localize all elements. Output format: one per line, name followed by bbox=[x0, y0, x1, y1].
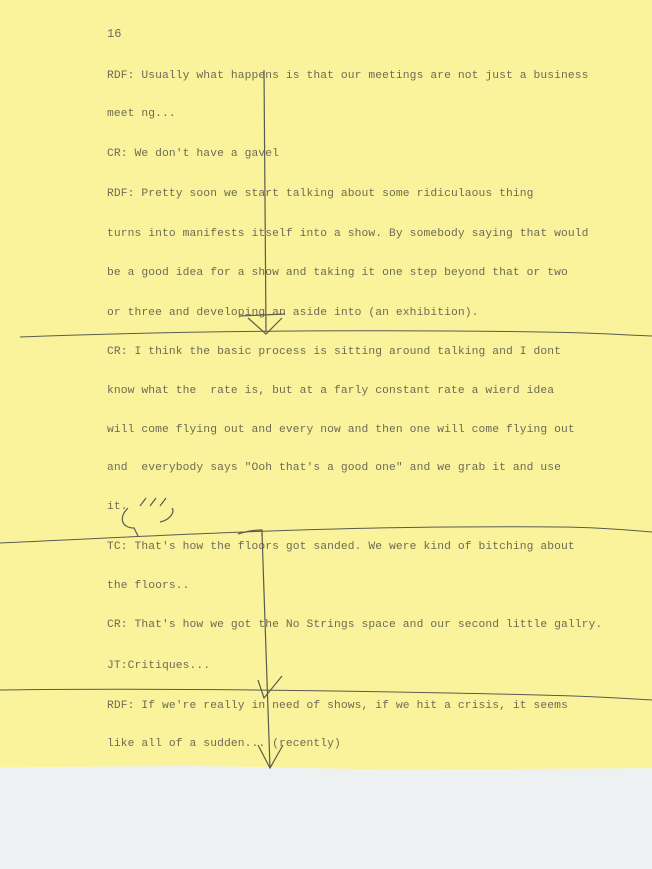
transcript-line: know what the rate is, but at a farly co… bbox=[107, 385, 554, 397]
transcript-line: TC: That's how the floors got sanded. We… bbox=[107, 541, 575, 553]
transcript-line: CR: I think the basic process is sitting… bbox=[107, 346, 561, 358]
typed-page: 16 RDF: Usually what happens is that our… bbox=[0, 0, 652, 772]
transcript-line: meet ng... bbox=[107, 108, 176, 120]
transcript-line: RDF: Pretty soon we start talking about … bbox=[107, 188, 534, 200]
transcript-line: will come flying out and every now and t… bbox=[107, 424, 575, 436]
transcript-line: be a good idea for a show and taking it … bbox=[107, 267, 568, 279]
transcript-line: and everybody says "Ooh that's a good on… bbox=[107, 462, 561, 474]
transcript-line: RDF: Usually what happens is that our me… bbox=[107, 70, 589, 82]
transcript-line: RDF: If we're really in need of shows, i… bbox=[107, 700, 568, 712]
transcript-line: like all of a sudden... (recently) bbox=[107, 738, 341, 750]
transcript-line: it. bbox=[107, 501, 128, 513]
transcript-line: the floors.. bbox=[107, 580, 190, 592]
transcript-line: CR: That's how we got the No Strings spa… bbox=[107, 619, 602, 631]
page-number: 16 bbox=[107, 27, 121, 41]
transcript-line: JT:Critiques... bbox=[107, 660, 210, 672]
transcript-line: CR: We don't have a gavel bbox=[107, 148, 279, 160]
transcript-line: turns into manifests itself into a show.… bbox=[107, 228, 589, 240]
transcript-line: or three and developing an aside into (a… bbox=[107, 307, 478, 319]
